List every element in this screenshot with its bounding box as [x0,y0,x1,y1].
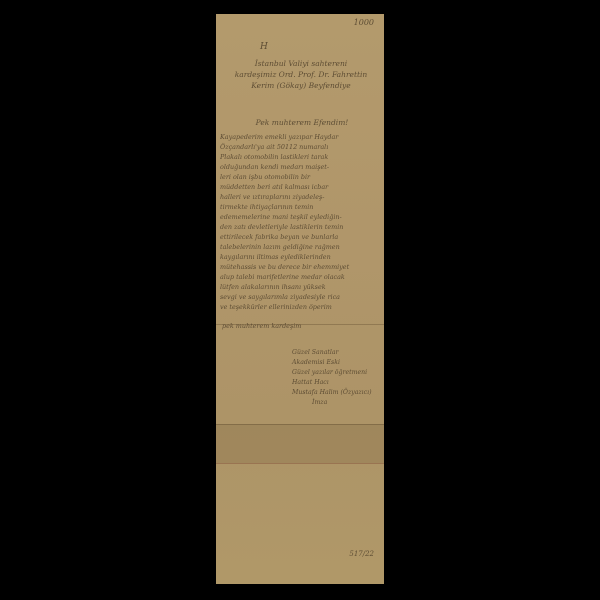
letter-body: Kayapederim emekli yazıpar Haydar Özçand… [220,132,380,312]
address-line: İstanbul Valiyi sahtereni [224,58,378,69]
address-block: İstanbul Valiyi sahtereni kardeşimiz Ord… [224,58,378,91]
handwritten-letter: 1000 H İstanbul Valiyi sahtereni kardeşi… [216,14,384,584]
signature-line: Güzel Sanatlar [292,348,372,358]
address-line: Kerim (Gökay) Beyfendiye [224,80,378,91]
closing-line: pek muhterem kardeşim [222,322,301,330]
reference-number: 517/22 [349,550,374,558]
body-line: olduğundan kendi medarı maişet- [220,162,380,172]
signature-line: İmza [292,398,372,408]
body-line: mütehassis ve bu derece bir ehemmiyet [220,262,380,272]
greeting: Pek muhterem Efendim! [226,118,378,127]
body-line: ve teşekkürler ellerinizden öperim [220,302,380,312]
signature-line: Güzel yazılar öğretmeni [292,368,372,378]
body-line: ettirilecek fabrika beyan ve bunlarla [220,232,380,242]
body-line: lütfen alakalarının ihsanı yüksek [220,282,380,292]
body-line: talebelerinin lazım geldiğine rağmen [220,242,380,252]
body-line: Plakalı otomobilin lastikleri tarak [220,152,380,162]
body-line: alup talebi marifetlerine medar olacak [220,272,380,282]
body-line: leri olan işbu otomobilin bir [220,172,380,182]
body-line: den zatı devletleriyle lastiklerin temin [220,222,380,232]
fold-crease [216,424,384,464]
body-line: halleri ve ıztıraplarını ziyadeleş- [220,192,380,202]
signature-line: Mustafa Halim (Özyazıcı) [292,388,372,398]
body-line: müddetten beri atıl kalması icbar [220,182,380,192]
document-number: 1000 [354,18,374,27]
body-line: kaygılarını iltimas eylediklerinden [220,252,380,262]
document-mark: H [260,42,268,52]
body-line: tirmekte ihtiyaçlarının temin [220,202,380,212]
body-line: Özçandarlı'ya ait 50112 numaralı [220,142,380,152]
body-line: edememelerine mani teşkil eylediğin- [220,212,380,222]
signature-line: Akademisi Eski [292,358,372,368]
signature-block: Güzel Sanatlar Akademisi Eski Güzel yazı… [292,348,372,408]
address-line: kardeşimiz Ord. Prof. Dr. Fahrettin [224,69,378,80]
body-line: Kayapederim emekli yazıpar Haydar [220,132,380,142]
body-line: sevgi ve saygılarımla ziyadesiyle rica [220,292,380,302]
signature-line: Hattat Hacı [292,378,372,388]
